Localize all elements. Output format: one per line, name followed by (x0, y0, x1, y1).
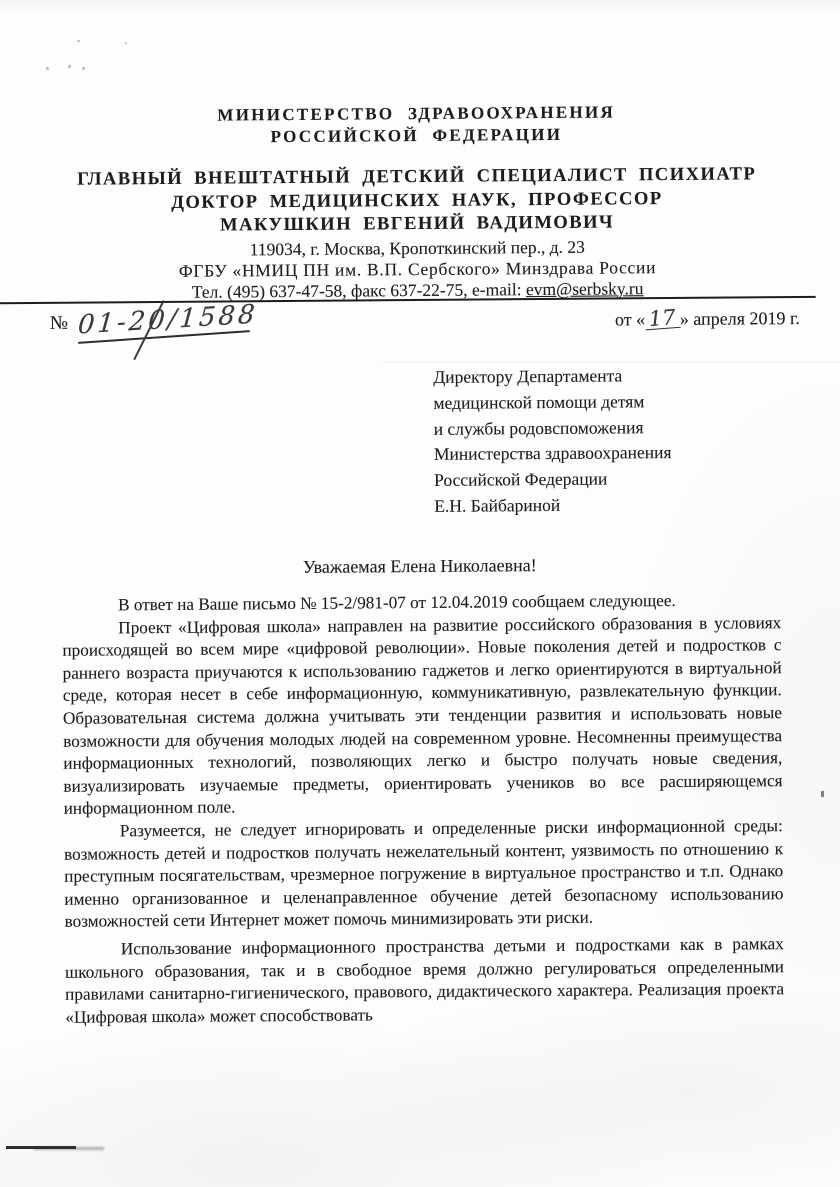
date-prefix: от « (615, 309, 645, 329)
addressee-block: Директору Департамента медицинской помощ… (433, 363, 672, 520)
official-title: ГЛАВНЫЙ ВНЕШТАТНЫЙ ДЕТСКИЙ СПЕЦИАЛИСТ ПС… (0, 163, 837, 240)
ministry-name: МИНИСТЕРСТВО ЗДРАВООХРАНЕНИЯ РОССИЙСКОЙ … (0, 100, 836, 151)
date-suffix: » апреля 2019 г. (680, 308, 800, 329)
addressee-line: Директору Департамента (433, 363, 671, 391)
paragraph-3: Разумеется, не следует игнорировать и оп… (64, 815, 784, 934)
paragraph-2: Проект «Цифровая школа» направлен на раз… (62, 612, 783, 821)
addressee-line: медицинской помощи детям (433, 389, 671, 417)
salutation: Уважаемая Елена Николаевна! (0, 553, 840, 581)
addressee-line: и службы родовспоможения (434, 415, 672, 443)
email-address: evm@serbsky.ru (526, 278, 644, 299)
letterhead: МИНИСТЕРСТВО ЗДРАВООХРАНЕНИЯ РОССИЙСКОЙ … (0, 100, 838, 304)
addressee-name: Е.Н. Байбариной (434, 492, 672, 520)
scanned-letter-page: МИНИСТЕРСТВО ЗДРАВООХРАНЕНИЯ РОССИЙСКОЙ … (0, 0, 840, 1187)
addressee-line: Российской Федерации (434, 466, 672, 494)
addressee-line: Министерства здравоохранения (434, 440, 672, 468)
paragraph-4: Использование информационного пространст… (65, 933, 785, 1029)
letter-body: В ответ на Ваше письмо № 15-2/981-07 от … (62, 589, 784, 1029)
handwritten-day: 17 (644, 307, 680, 331)
